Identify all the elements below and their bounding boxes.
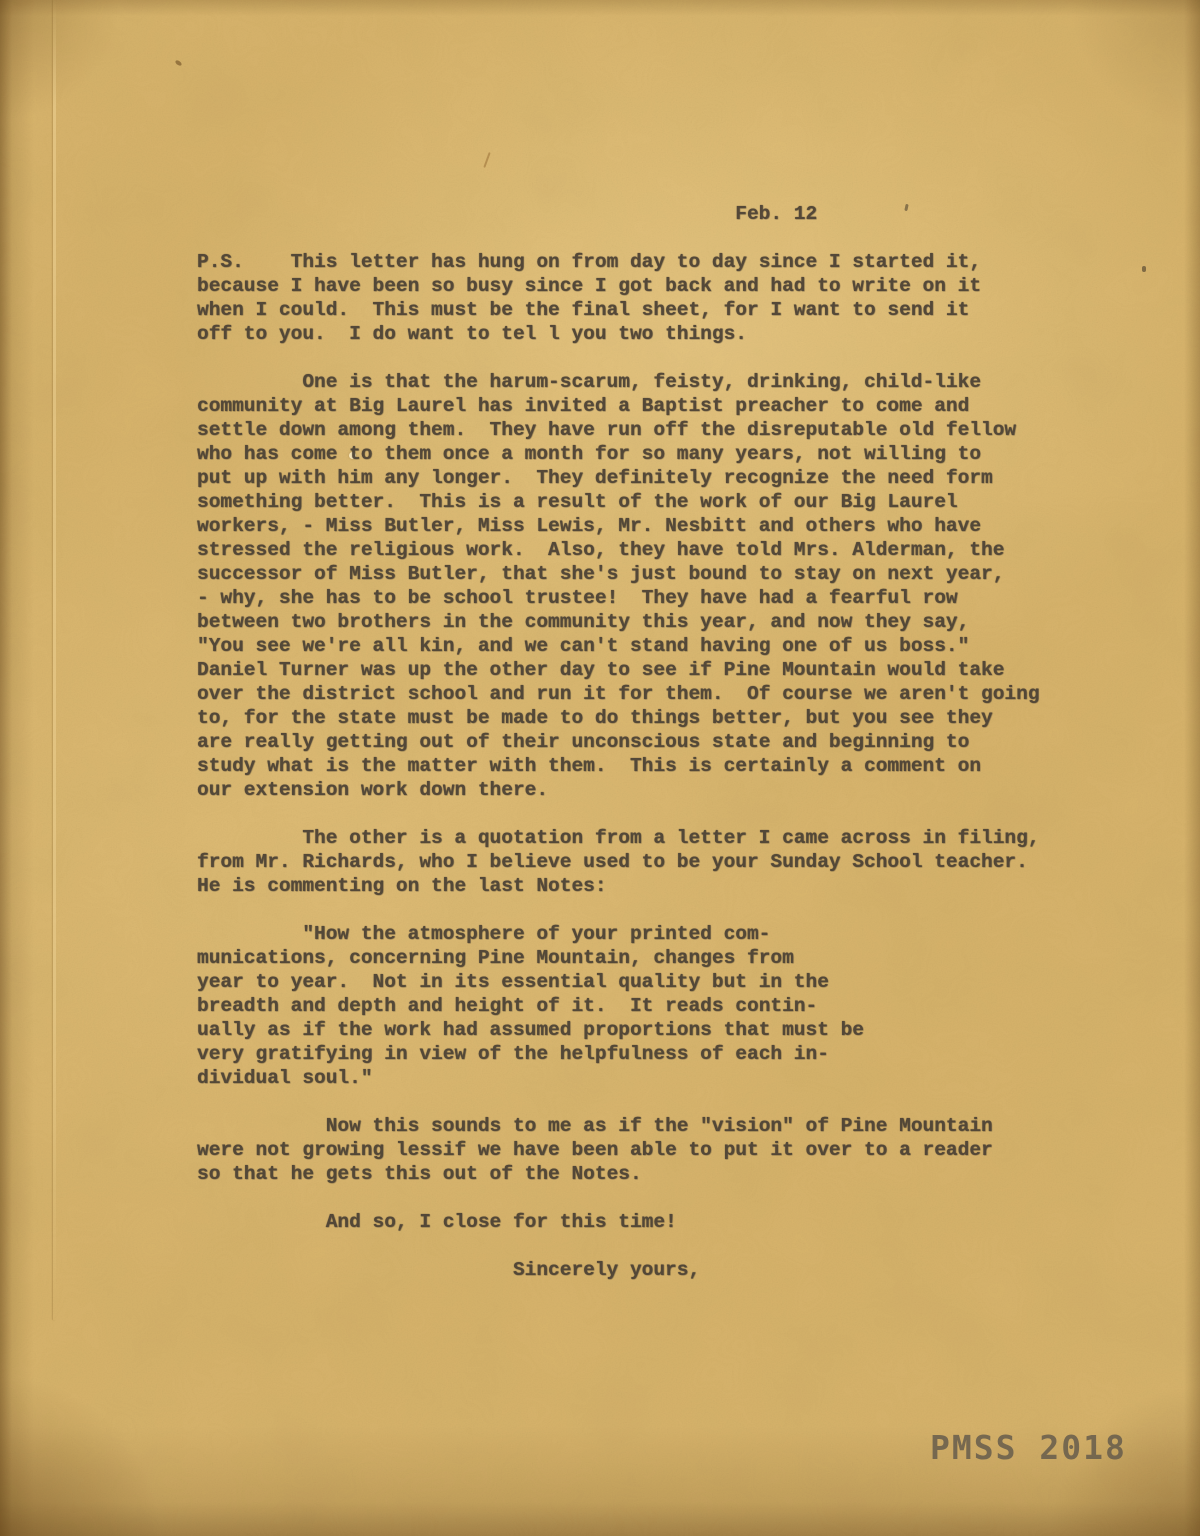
paragraph-big-laurel: One is that the harum-scarum, feisty, dr… xyxy=(197,370,1040,802)
scanned-letter-page: Feb. 12 P.S. This letter has hung on fro… xyxy=(0,0,1200,1536)
closing-line: And so, I close for this time! xyxy=(197,1210,1040,1234)
paper-speck xyxy=(174,59,182,66)
archive-watermark: PMSS 2018 xyxy=(930,1428,1127,1467)
date-line: Feb. 12 xyxy=(197,202,1040,226)
paper-speck xyxy=(1142,266,1146,272)
signoff-line: Sincerely yours, xyxy=(197,1258,1040,1282)
block-quote: "How the atmosphere of your printed com-… xyxy=(197,922,1040,1090)
paper-crease xyxy=(53,0,56,1320)
ps-paragraph: P.S. This letter has hung on from day to… xyxy=(197,250,1040,346)
paragraph-quotation-intro: The other is a quotation from a letter I… xyxy=(197,826,1040,898)
paragraph-vision: Now this sounds to me as if the "vision"… xyxy=(197,1114,1040,1186)
paper-speck xyxy=(483,152,490,168)
letter-body: Feb. 12 P.S. This letter has hung on fro… xyxy=(197,202,1040,1282)
